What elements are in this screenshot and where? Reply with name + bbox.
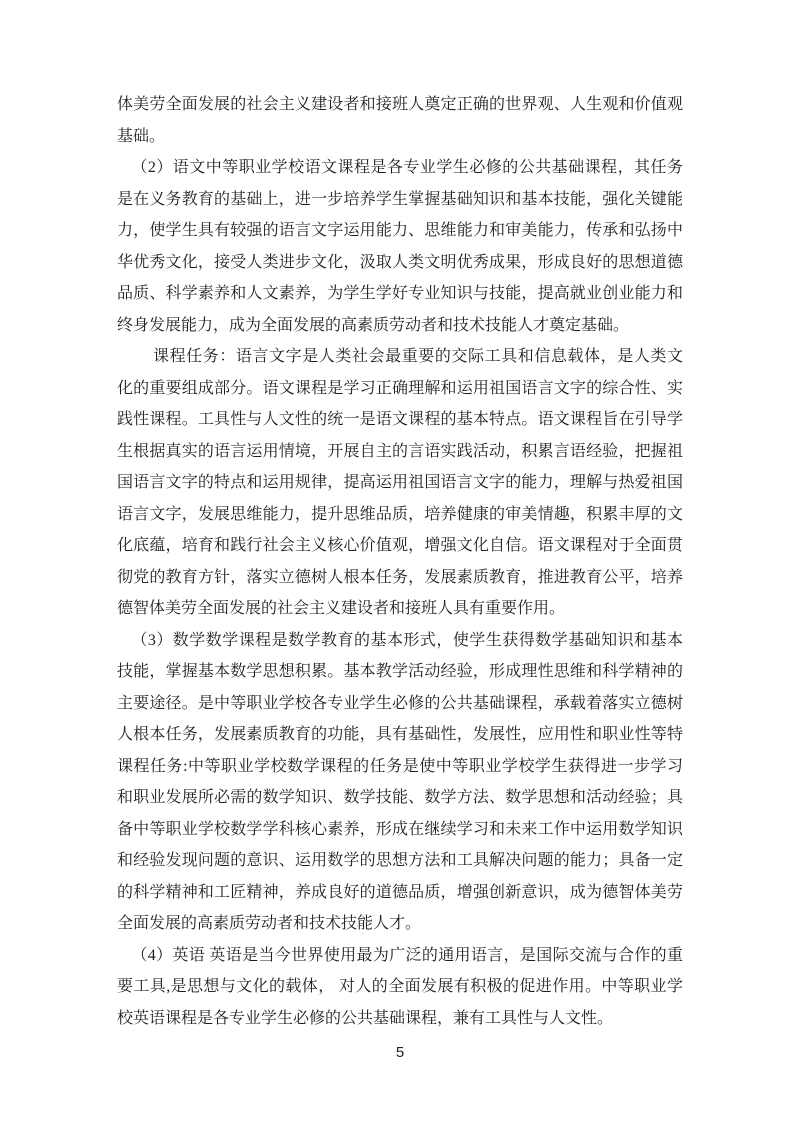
paragraph: （2）语文中等职业学校语文课程是各专业学生必修的公共基础课程，其任务是在义务教育…	[117, 152, 683, 341]
text-line: 化的重要组成部分。语文课程是学习正确理解和运用祖国语言文字的综合性、实	[117, 373, 683, 405]
text-line: 要工具,是思想与文化的载体， 对人的全面发展有积极的促进作用。中等职业学	[117, 971, 683, 1003]
text-line: 化底蕴，培育和践行社会主义核心价值观，增强文化自信。语文课程对于全面贯	[117, 530, 683, 562]
text-line: 践性课程。工具性与人文性的统一是语文课程的基本特点。语文课程旨在引导学	[117, 404, 683, 436]
text-line: 生根据真实的语言运用情境，开展自主的言语实践活动，积累言语经验，把握祖	[117, 436, 683, 468]
document-page: 体美劳全面发展的社会主义建设者和接班人奠定正确的世界观、人生观和价值观基础。（2…	[0, 0, 800, 1131]
text-line: 体美劳全面发展的社会主义建设者和接班人奠定正确的世界观、人生观和价值观	[117, 89, 683, 121]
paragraph: （4）英语 英语是当今世界使用最为广泛的通用语言，是国际交流与合作的重要工具,是…	[117, 940, 683, 1035]
text-line: 国语言文字的特点和运用规律，提高运用祖国语言文字的能力，理解与热爱祖国	[117, 467, 683, 499]
paragraph: 体美劳全面发展的社会主义建设者和接班人奠定正确的世界观、人生观和价值观基础。	[117, 89, 683, 152]
text-line: 的科学精神和工匠精神，养成良好的道德品质，增强创新意识，成为德智体美劳	[117, 877, 683, 909]
text-line: 品质、科学素养和人文素养，为学生学好专业知识与技能，提高就业创业能力和	[117, 278, 683, 310]
text-line: 力，使学生具有较强的语言文字运用能力、思维能力和审美能力，传承和弘扬中	[117, 215, 683, 247]
text-line: 终身发展能力，成为全面发展的高素质劳动者和技术技能人才奠定基础。	[117, 310, 683, 342]
page-number: 5	[0, 1044, 800, 1062]
text-line: 华优秀文化，接受人类进步文化，汲取人类文明优秀成果，形成良好的思想道德	[117, 247, 683, 279]
text-line: 人根本任务，发展素质教育的功能，具有基础性，发展性，应用性和职业性等特	[117, 719, 683, 751]
text-line: 主要途径。是中等职业学校各专业学生必修的公共基础课程，承载着落实立德树	[117, 688, 683, 720]
paragraph: 课程任务：语言文字是人类社会最重要的交际工具和信息载体，是人类文化的重要组成部分…	[117, 341, 683, 625]
text-line: 课程任务:中等职业学校数学课程的任务是使中等职业学校学生获得进一步学习	[117, 751, 683, 783]
text-line: 和职业发展所必需的数学知识、数学技能、数学方法、数学思想和活动经验；具	[117, 782, 683, 814]
text-line: 校英语课程是各专业学生必修的公共基础课程，兼有工具性与人文性。	[117, 1003, 683, 1035]
text-line: 课程任务：语言文字是人类社会最重要的交际工具和信息载体，是人类文	[117, 341, 683, 373]
document-body: 体美劳全面发展的社会主义建设者和接班人奠定正确的世界观、人生观和价值观基础。（2…	[117, 89, 683, 1034]
text-line: 德智体美劳全面发展的社会主义建设者和接班人具有重要作用。	[117, 593, 683, 625]
text-line: （3）数学数学课程是数学教育的基本形式，使学生获得数学基础知识和基本	[117, 625, 683, 657]
text-line: 彻党的教育方针，落实立德树人根本任务，发展素质教育，推进教育公平，培养	[117, 562, 683, 594]
text-line: （4）英语 英语是当今世界使用最为广泛的通用语言，是国际交流与合作的重	[117, 940, 683, 972]
text-line: 是在义务教育的基础上，进一步培养学生掌握基础知识和基本技能，强化关键能	[117, 184, 683, 216]
text-line: （2）语文中等职业学校语文课程是各专业学生必修的公共基础课程，其任务	[117, 152, 683, 184]
text-line: 技能，掌握基本数学思想积累。基本教学活动经验，形成理性思维和科学精神的	[117, 656, 683, 688]
paragraph: （3）数学数学课程是数学教育的基本形式，使学生获得数学基础知识和基本技能，掌握基…	[117, 625, 683, 940]
text-line: 语言文字，发展思维能力，提升思维品质，培养健康的审美情趣，积累丰厚的文	[117, 499, 683, 531]
text-line: 备中等职业学校数学学科核心素养，形成在继续学习和未来工作中运用数学知识	[117, 814, 683, 846]
text-line: 和经验发现问题的意识、运用数学的思想方法和工具解决问题的能力；具备一定	[117, 845, 683, 877]
text-line: 全面发展的高素质劳动者和技术技能人才。	[117, 908, 683, 940]
text-line: 基础。	[117, 121, 683, 153]
